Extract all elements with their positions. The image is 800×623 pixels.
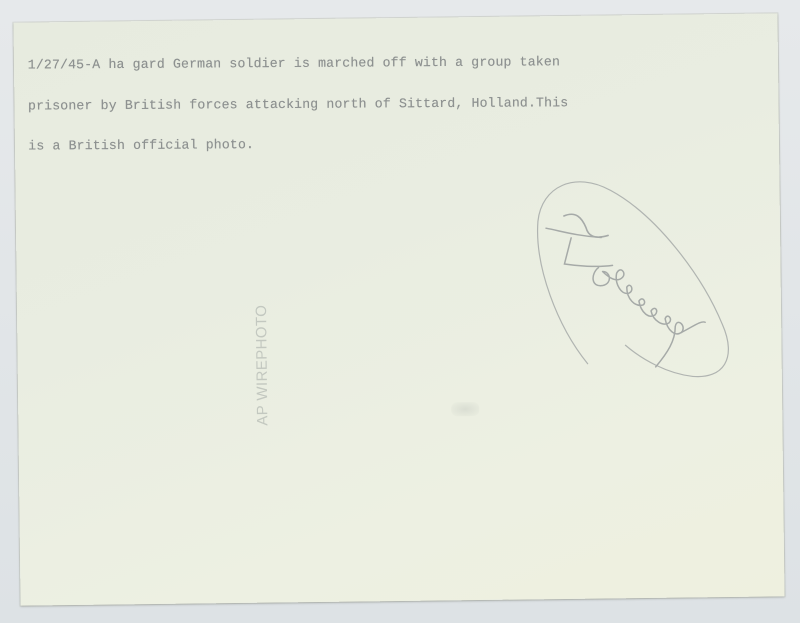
caption-line: 1/27/45-A ha gard German soldier is marc…: [28, 54, 748, 72]
faint-mark: [451, 402, 479, 416]
caption-line: prisoner by British forces attacking nor…: [28, 95, 748, 113]
caption-line: is a British official photo.: [28, 135, 748, 153]
circled-holland-handwriting-icon: Holland: [515, 154, 738, 407]
photo-back-paper: 1/27/45-A ha gard German soldier is marc…: [13, 13, 784, 605]
pencil-annotation: Holland: [515, 154, 738, 407]
ap-wirephoto-stamp: AP WIREPHOTO: [253, 305, 271, 426]
